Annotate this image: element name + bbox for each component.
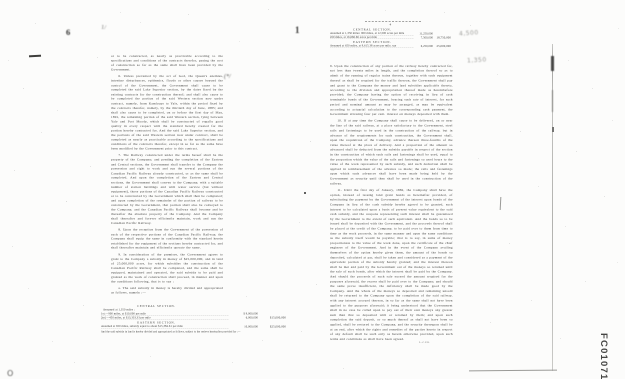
row-label: 2nd.—450 miles, at $13,333.33 per mile xyxy=(101,315,229,319)
left-page-money-subsidy-table: CENTRAL SECTION. Assumed at 1,350 miles … xyxy=(101,303,286,333)
pencil-annotation: 4,500 xyxy=(459,29,479,37)
left-paragraph-continuation: or to be constructed, as nearly as pract… xyxy=(111,54,223,72)
left-paragraph-clause-6: 6. Unless prevented by the act of God, t… xyxy=(111,74,223,151)
film-grain-speckles xyxy=(0,0,1,1)
between-pages-numeral: 1 xyxy=(295,25,300,35)
row-amount: 10,000,000 xyxy=(231,325,258,328)
right-page-footer-note-wrap: 2—C. P. R. xyxy=(419,341,449,344)
right-paragraph-clause-10: 10. If at any time the Company shall cau… xyxy=(330,119,453,186)
left-paragraph-clause-9: 9. In consideration of the premises, the… xyxy=(111,252,223,284)
central-total: $15,000,000 xyxy=(258,316,286,319)
central-total: 18,750,000 xyxy=(433,35,451,38)
right-paragraph-clause-11: 11. Until the first day of January, 1882… xyxy=(330,188,453,342)
table-row: Assumed at 650 miles, subsidy equal to a… xyxy=(101,324,286,328)
right-paragraph-clause-9: 9. Upon the construction of any portion … xyxy=(330,64,453,117)
margin-bullet-mark xyxy=(304,192,306,194)
row-label: Assumed at 650 miles, subsidy equal to a… xyxy=(101,324,229,328)
right-page-number: 4 xyxy=(330,23,451,27)
left-page-text-column: or to be constructed, as nearly as pract… xyxy=(111,54,223,297)
scan-frame-edge-dark-segment xyxy=(551,56,553,71)
right-page-text-column: 9. Upon the construction of any portion … xyxy=(330,64,453,344)
left-margin-dash-mark xyxy=(29,55,41,57)
pencil-annotation: 1,350 xyxy=(467,56,487,64)
table-row: 2nd.—450 miles, at $13,333.33 per mile 6… xyxy=(101,315,286,319)
right-page-footer-note: 2—C. P. R. xyxy=(419,341,430,344)
right-page-header-block: 4 CENTRAL SECTION. Assumed at 1,350 mile… xyxy=(330,21,451,48)
left-page-tick-mark: 1/ xyxy=(101,24,107,32)
left-page-corner-numeral: 6 xyxy=(66,27,70,37)
left-paragraph-clause-8: 8. Upon the reception from the Governmen… xyxy=(111,228,223,251)
scan-frame-bottom-edge xyxy=(469,370,557,372)
margin-annotation-mark: (*/ xyxy=(224,74,231,80)
scan-frame-edge-mid-segment xyxy=(552,90,554,112)
row-amount: 7,500,000 xyxy=(416,35,433,38)
grand-total: $25,000,000 xyxy=(258,325,286,328)
row-amount: 6,250,000 xyxy=(416,44,433,47)
film-scratch-mark xyxy=(500,197,502,210)
grand-total: 25,000,000 xyxy=(433,44,451,47)
left-paragraph-clause-7: 7. The Railway constructed under the ter… xyxy=(111,153,223,225)
page-top-rule xyxy=(365,21,421,22)
row-amount: 6,000,000 xyxy=(231,316,258,319)
bottom-left-circle-mark: O xyxy=(7,369,13,378)
scan-frame-edge-tick xyxy=(552,127,554,132)
row-label: Assumed at 650 miles, at 9,615.38 acres … xyxy=(330,44,414,48)
film-id-label: FC01071 xyxy=(598,333,609,379)
microfilm-scan-page: 6 1/ 1 (*/ O or to be constructed, as ne… xyxy=(0,0,625,379)
left-paragraph-subsidy-intro: a. The said subsidy in money is hereby d… xyxy=(111,286,223,295)
land-subsidy-footnote: And the said subsidy in land is hereby d… xyxy=(101,330,245,333)
table-row: 450 miles, at 16,666.66 acres per mile 7… xyxy=(330,35,451,39)
row-label: 450 miles, at 16,666.66 acres per mile xyxy=(330,35,414,39)
table-row: Assumed at 650 miles, at 9,615.38 acres … xyxy=(330,44,451,48)
